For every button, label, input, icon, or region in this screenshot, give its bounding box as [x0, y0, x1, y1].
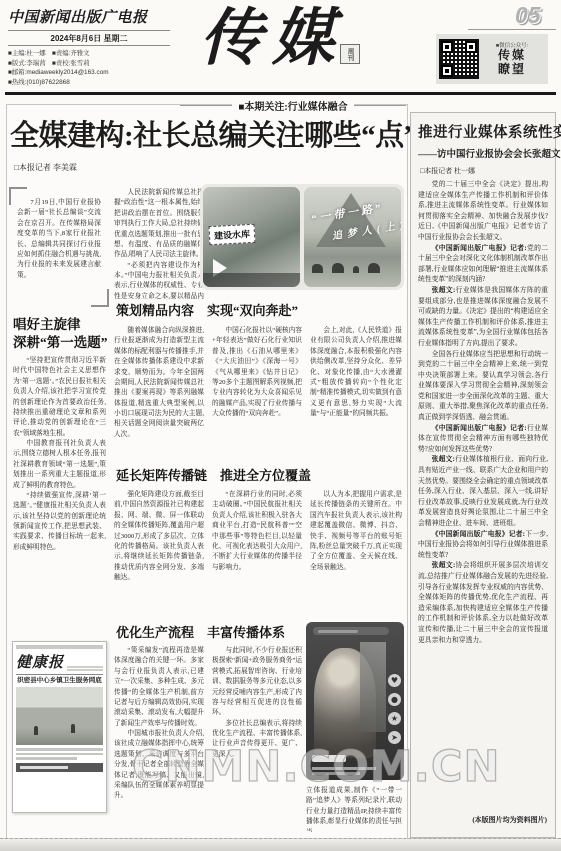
body-column: 强化矩阵建设方面,截至目前,中国自然资源报社已构建起报、网、端、微、屏一体联动的…	[114, 490, 204, 616]
phone-video-photo: ♥ ● ★ ➤	[306, 622, 404, 780]
paper-name: 中国新闻出版广电报	[8, 6, 170, 27]
quote-corner-icon	[91, 289, 109, 307]
photo-credit-note: (本版图片均为资料图片)	[472, 815, 547, 825]
qr-account-name: 传媒	[479, 49, 545, 63]
mini-topbar	[16, 645, 103, 649]
video-thumbnail-silkroad: “一带一路” 追梦人(上)	[304, 187, 401, 287]
wechat-qr-icon	[439, 39, 479, 79]
body-column: 与此同时,不少行业报还积极探索“新闻+政务服务商务”运营模式,拓展智库咨询、行业…	[212, 646, 302, 832]
video1-strip	[203, 273, 300, 287]
like-icon: ♥	[388, 674, 401, 687]
credit-line: ■主编:杜一娜 ■责编:齐雅文	[8, 49, 170, 59]
caption-tag	[312, 755, 346, 762]
mini-headline: 织密县中心乡镇卫生服务网底	[16, 677, 103, 685]
page-number: 05	[515, 2, 541, 29]
body-column: “坚持把宣传贯彻习近平新时代中国特色社会主义思想作为‘第一选题’。”农民日报社相…	[13, 356, 106, 636]
video-panel: 建设水库 “一带一路” 追梦人(上)	[200, 184, 404, 290]
body-column: 人民法院新闻传媒总社把握“政治性”这一根本属性,始终把讲政治摆在首位。围绕服务审…	[114, 188, 204, 300]
favorite-icon: ★	[388, 712, 401, 725]
caption-bar	[312, 772, 360, 775]
subhead-2: 策划精品内容 实现“双向奔赴”	[116, 300, 406, 319]
side-headline: 推进行业媒体系统性变革	[418, 121, 548, 142]
newspaper-page: 中国新闻出版广电报 2024年8月6日 星期二 ■主编:杜一娜 ■责编:齐雅文 …	[0, 0, 561, 851]
subhead-1: 唱好主旋律深耕“第一选题”	[13, 316, 109, 352]
camel-silhouettes	[312, 261, 396, 273]
mini-photo	[16, 687, 103, 745]
credit-line: ■热线:(010)87622868	[8, 78, 170, 88]
qr-account-name: 瞭望	[479, 63, 545, 77]
share-icon: ➤	[388, 731, 401, 744]
body-column: 立体报道成果,制作《“一带一路”追梦人》等系列纪录片,联动行业力量打造精品IP,…	[306, 786, 402, 832]
reaction-icons: ♥ ● ★ ➤	[388, 674, 401, 744]
section-label-row: ■本期关注:行业媒体融合	[180, 98, 406, 113]
video-thumbnail-reservoir: 建设水库	[203, 187, 300, 287]
body-column: “在深耕行业的同时,必须主动破圈。”中国民航报社相关负责人介绍,该社积极入驻各大…	[212, 490, 302, 616]
video2-title: “一带一路” 追梦人(上)	[310, 196, 401, 245]
intro-box: 7月19日,中国行业报协会新一届“社长总编谈”交流会在京召开。在传媒格局深度变革…	[12, 190, 106, 304]
window-glare	[360, 642, 386, 732]
main-headline: 全媒建构:社长总编关注哪些“点”?	[10, 113, 404, 154]
search-bar-shape	[313, 627, 389, 635]
credit-line: ■版式:李瑞茜 ■责校:张雪莉	[8, 59, 170, 69]
quote-corner-icon	[9, 187, 27, 205]
page-bottom-edge	[0, 838, 561, 851]
side-article-box: 推进行业媒体系统性变革 ——访中国行业报协会会长张超文 □本报记者 杜一娜 党的…	[410, 112, 556, 838]
body-column: “策采编发”流程再造是媒体深度融合的关键一环。多家与会行业报负责人表示,已建立“…	[114, 646, 204, 832]
header-right-rule	[468, 29, 556, 30]
side-byline: □本报记者 杜一娜	[420, 166, 548, 176]
masthead-block: 中国新闻出版广电报 2024年8月6日 星期二 ■主编:杜一娜 ■责编:齐雅文 …	[8, 6, 170, 87]
side-subhead: ——访中国行业报协会会长张超文	[418, 146, 548, 160]
intro-text: 7月19日,中国行业报协会新一届“社长总编谈”交流会在京召开。在传媒格局深度变革…	[12, 190, 106, 304]
main-byline: □本报记者 李美霖	[14, 162, 77, 173]
video1-title: 建设水库	[209, 224, 256, 245]
weekly-seal: 周刊	[340, 44, 360, 64]
section-rule-right	[354, 105, 406, 106]
subhead-4: 优化生产流程 丰富传播体系	[116, 622, 302, 641]
qr-panel: ■微信公众号: 传媒 瞭望	[436, 34, 548, 84]
issue-date: 2024年8月6日 星期二	[8, 30, 170, 46]
newspaper-photo: 健康报 织密县中心乡镇卫生服务网底	[12, 641, 107, 813]
side-body: 党的二十届三中全会《决定》提出,构建适应全媒体生产传播工作机制和评价体系,推进主…	[418, 180, 548, 790]
weekly-title-block: 传媒 周刊	[200, 2, 420, 76]
weekly-title: 传媒	[200, 2, 344, 76]
section-label: ■本期关注:行业媒体融合	[232, 98, 353, 113]
subhead-3: 延长矩阵传播链 推进全方位覆盖	[116, 465, 406, 484]
mini-masthead: 健康报	[16, 651, 64, 672]
body-column: 中国石化报社以“硬核内容+年轻表达”做好石化行业知识普及,推出《石油从哪里来》《…	[212, 326, 302, 458]
section-rule-left	[180, 105, 232, 106]
body-column: 随着媒体融合向纵深推进,行业报逐渐成为打造新型主流媒体的标配利器与传播推手,并在…	[114, 326, 204, 458]
body-column: 会上,对此,《人民铁道》报业有限公司负责人介绍,推进媒体深度融合,本报积极强化内…	[310, 326, 402, 458]
comment-icon: ●	[388, 693, 401, 706]
credit-line: ■邮箱:mediaweekly2014@163.com	[8, 68, 170, 78]
body-column: 以人为本,把握用户需求,是延长传播链条的关键所在。中国汽车报社负责人表示,该社构…	[310, 490, 402, 616]
caption-bar	[312, 767, 376, 770]
header-divider	[5, 92, 556, 95]
